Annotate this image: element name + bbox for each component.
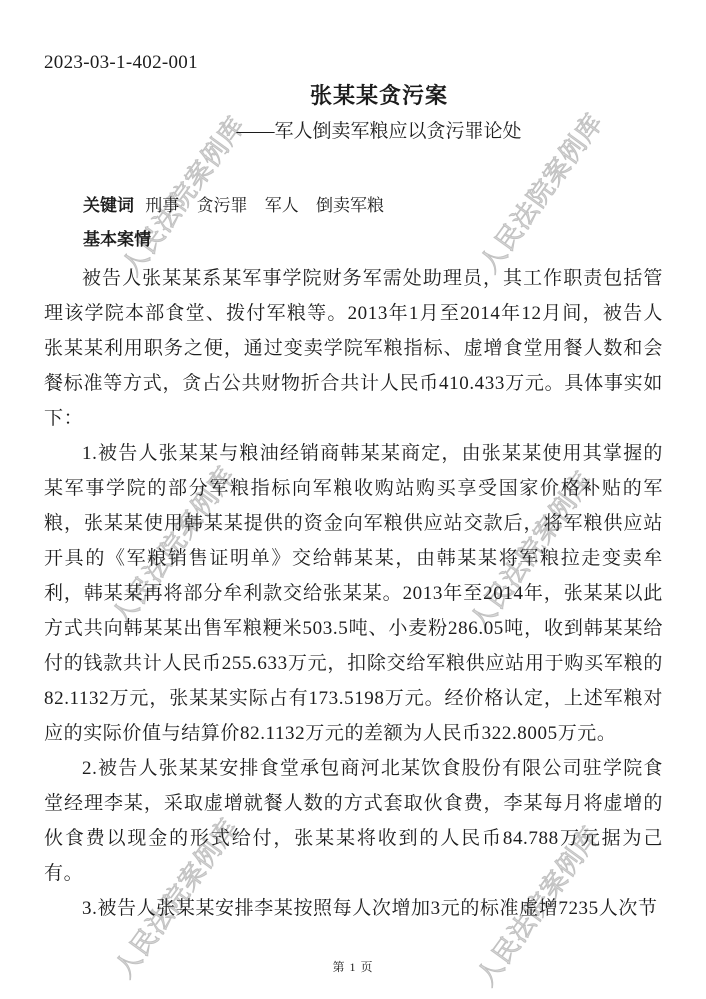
document-content: 2023-03-1-402-001 张某某贪污案 ——军人倒卖军粮应以贪污罪论处… <box>0 0 706 999</box>
page-number: 第 1 页 <box>332 960 373 974</box>
document-number: 2023-03-1-402-001 <box>44 52 198 74</box>
keyword-item: 军人 <box>265 196 299 215</box>
body-paragraph-fact-3: 3.被告人张某某安排李某按照每人次增加3元的标准虚增7235人次节 <box>44 891 663 926</box>
page-footer: 第 1 页 <box>0 958 706 975</box>
keywords-line: 关键词 刑事 贪污罪 军人 倒卖军粮 <box>83 195 397 217</box>
keywords-label: 关键词 <box>83 196 134 215</box>
keyword-item: 倒卖军粮 <box>316 196 384 215</box>
document-header: 张某某贪污案 ——军人倒卖军粮应以贪污罪论处 <box>0 83 706 144</box>
document-page: 人民法院案例库 人民法院案例库 人民法院案例库 人民法院案例库 人民法院案例库 … <box>0 0 706 999</box>
document-body: 被告人张某某系某军事学院财务军需处助理员，其工作职责包括管理该学院本部食堂、拨付… <box>44 261 663 926</box>
body-paragraph-fact-2: 2.被告人张某某安排食堂承包商河北某饮食股份有限公司驻学院食堂经理李某，采取虚增… <box>44 751 663 891</box>
page-title: 张某某贪污案 <box>52 83 706 108</box>
keyword-item: 刑事 <box>145 196 179 215</box>
body-paragraph-intro: 被告人张某某系某军事学院财务军需处助理员，其工作职责包括管理该学院本部食堂、拨付… <box>44 261 663 436</box>
keyword-item: 贪污罪 <box>197 196 248 215</box>
body-paragraph-fact-1: 1.被告人张某某与粮油经销商韩某某商定，由张某某使用其掌握的某军事学院的部分军粮… <box>44 436 663 751</box>
section-heading-basic-facts: 基本案情 <box>83 229 151 251</box>
page-subtitle: ——军人倒卖军粮应以贪污罪论处 <box>52 120 706 144</box>
